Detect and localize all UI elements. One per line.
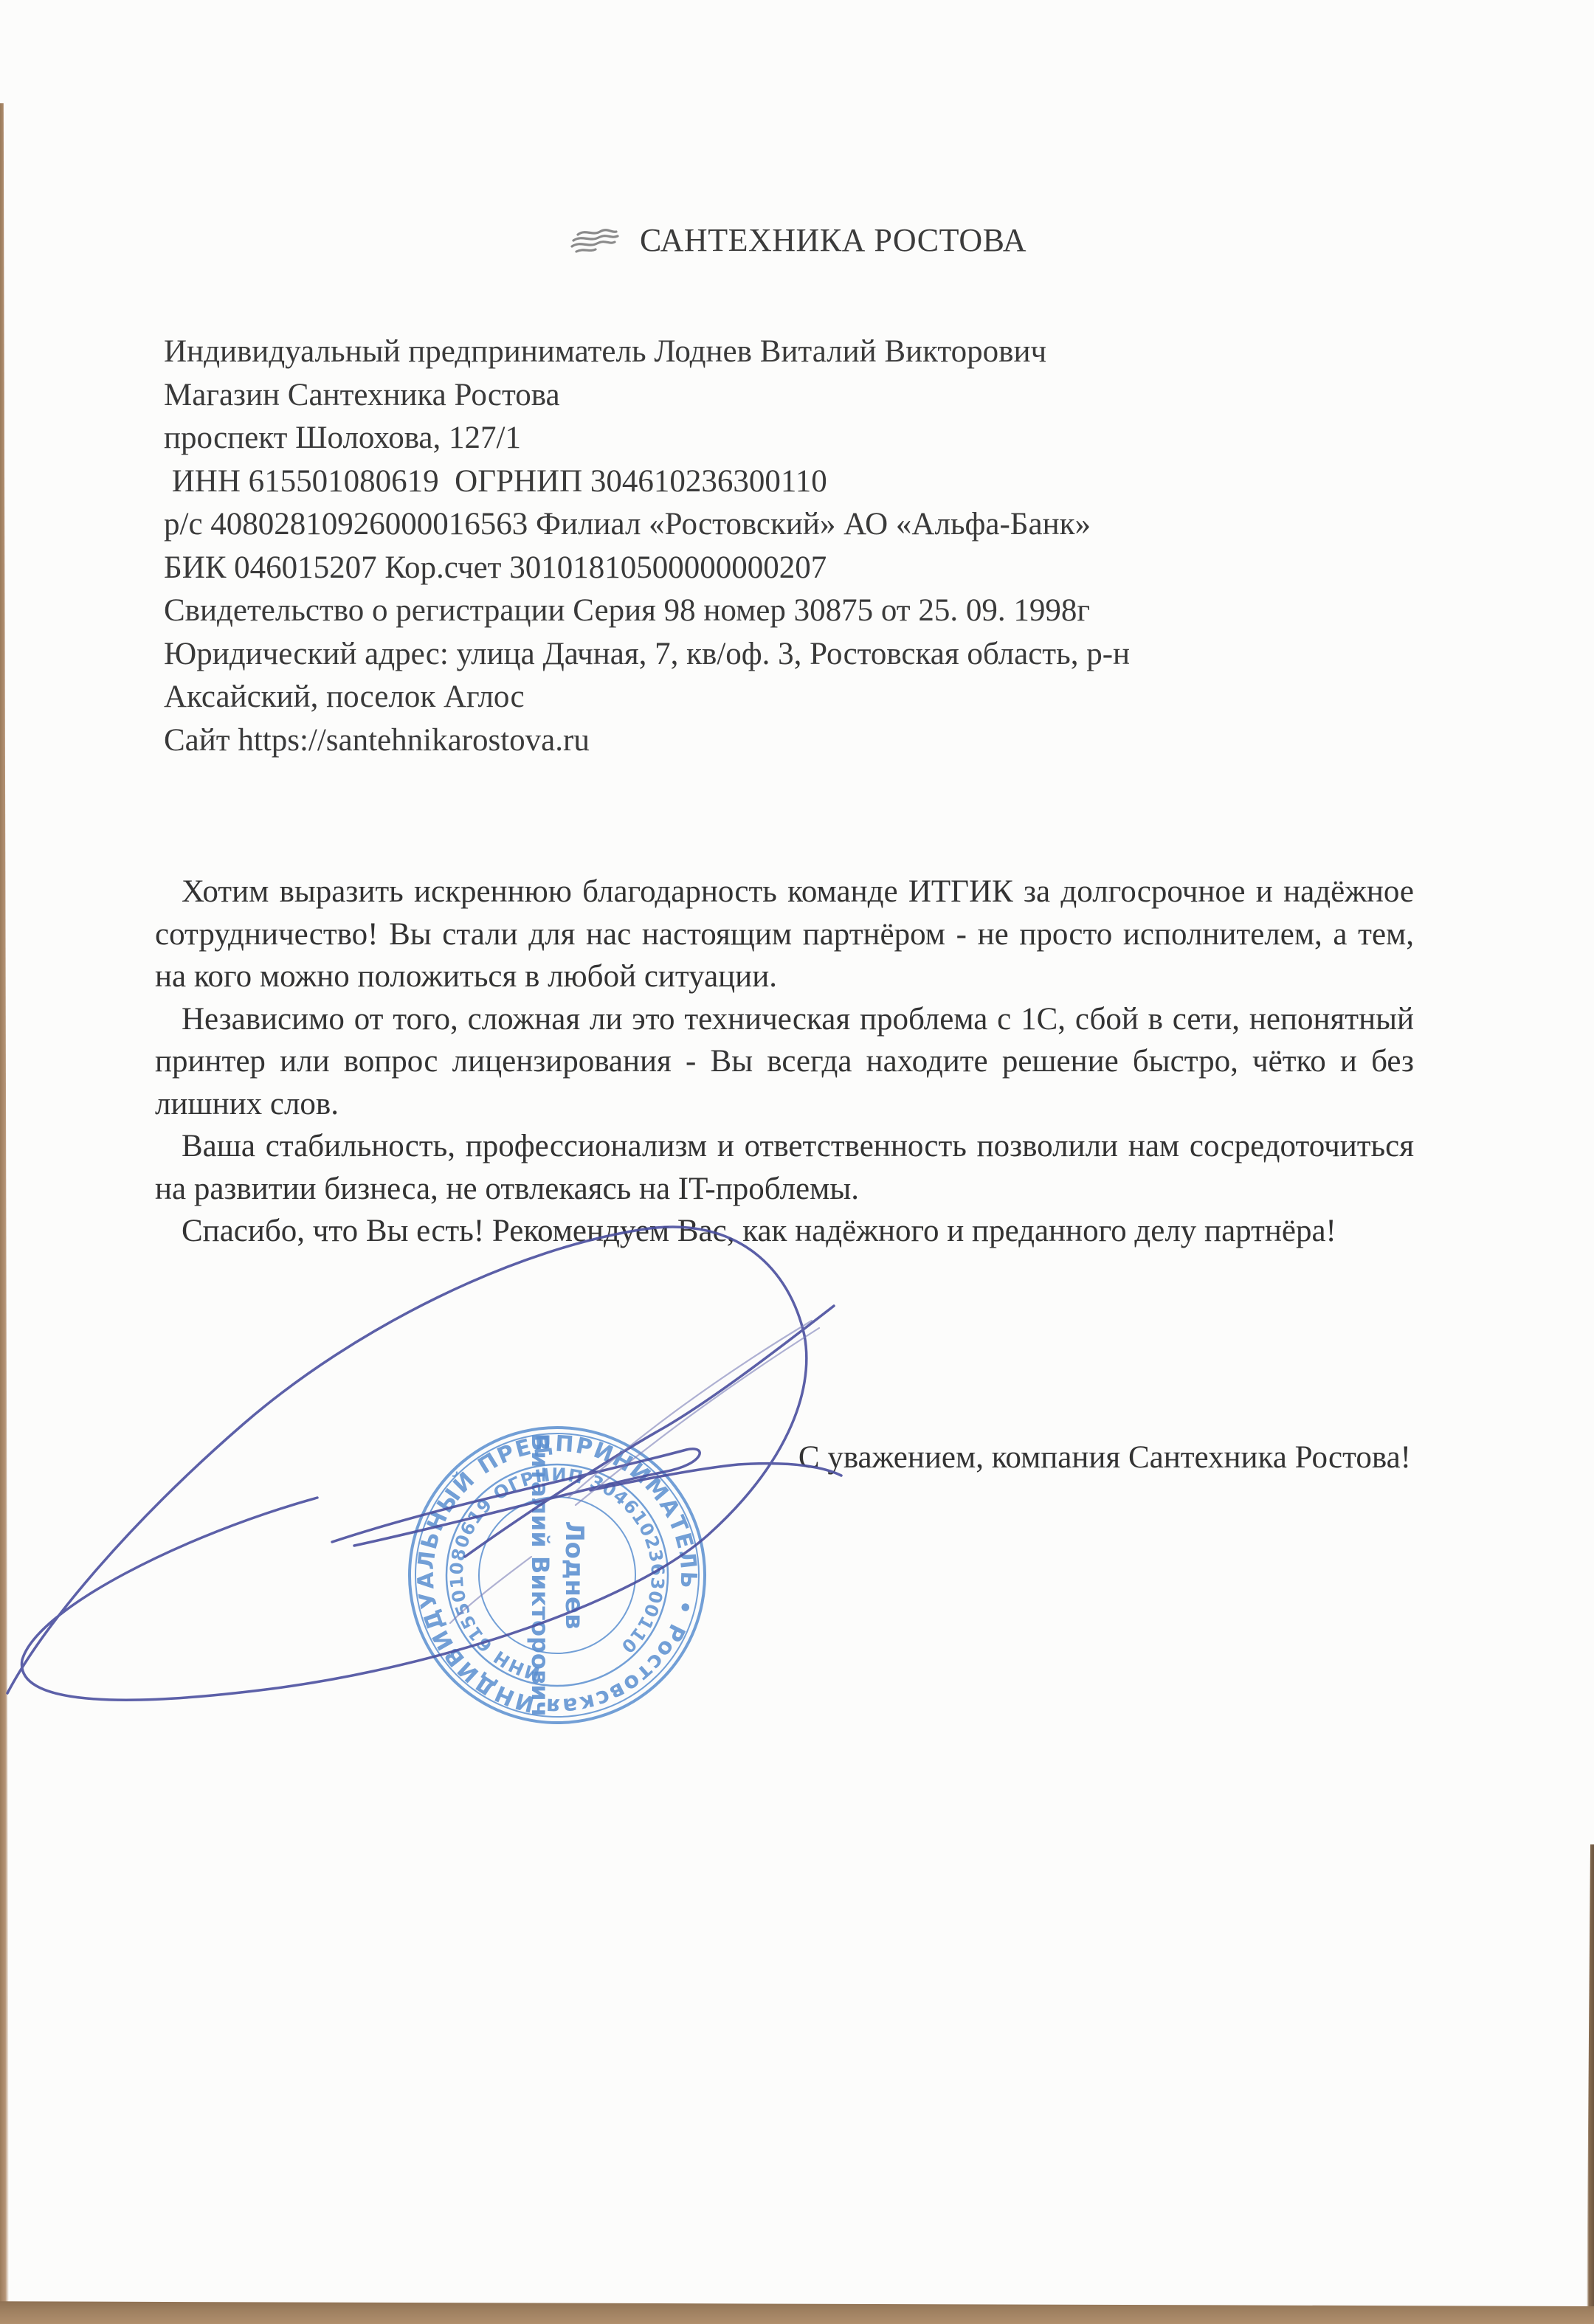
body-paragraph: Спасибо, что Вы есть! Рекомендуем Вас, к…	[155, 1210, 1414, 1253]
requisite-bik: БИК 046015207 Кор.счет 30101810500000000…	[164, 547, 1492, 590]
requisite-website: Сайт https://santehnikarostova.ru	[164, 719, 1492, 763]
requisite-legal-address: Юридический адрес: улица Дачная, 7, кв/о…	[164, 633, 1492, 677]
requisite-owner: Индивидуальный предприниматель Лоднев Ви…	[164, 331, 1492, 374]
requisite-store: Магазин Сантехника Ростова	[164, 374, 1492, 418]
paper-edge-left	[0, 103, 9, 2317]
requisite-address: проспект Шолохова, 127/1	[164, 417, 1492, 460]
body-paragraph: Ваша стабильность, профессионализм и отв…	[155, 1125, 1414, 1210]
requisite-inn-ogrnip: ИНН 615501080619 ОГРНИП 304610236300110	[164, 460, 1492, 504]
company-stamp: ИНДИВИДУАЛЬНЫЙ ПРЕДПРИНИМАТЕЛЬ • Ростовс…	[402, 1420, 712, 1730]
stamp-name: Виталий Викторович	[526, 1434, 554, 1718]
table-surface-bottom	[0, 2300, 1594, 2324]
body-paragraph: Хотим выразить искреннюю благодарность к…	[155, 871, 1414, 998]
waves-icon	[567, 226, 624, 255]
letter-page: САНТЕХНИКА РОСТОВА Индивидуальный предпр…	[0, 0, 1594, 2324]
letter-body: Хотим выразить искреннюю благодарность к…	[155, 871, 1414, 1253]
paper-edge-right	[1587, 1844, 1594, 2324]
letterhead: САНТЕХНИКА РОСТОВА	[0, 221, 1594, 259]
requisite-bank-account: р/с 40802810926000016563 Филиал «Ростовс…	[164, 503, 1492, 547]
body-paragraph: Независимо от того, сложная ли это техни…	[155, 998, 1414, 1126]
company-requisites: Индивидуальный предприниматель Лоднев Ви…	[164, 331, 1492, 762]
requisite-certificate: Свидетельство о регистрации Серия 98 ном…	[164, 589, 1492, 633]
stamp-surname: Лоднев	[559, 1521, 589, 1629]
requisite-legal-address-cont: Аксайский, поселок Аглос	[164, 676, 1492, 719]
brand-name: САНТЕХНИКА РОСТОВА	[640, 221, 1027, 259]
